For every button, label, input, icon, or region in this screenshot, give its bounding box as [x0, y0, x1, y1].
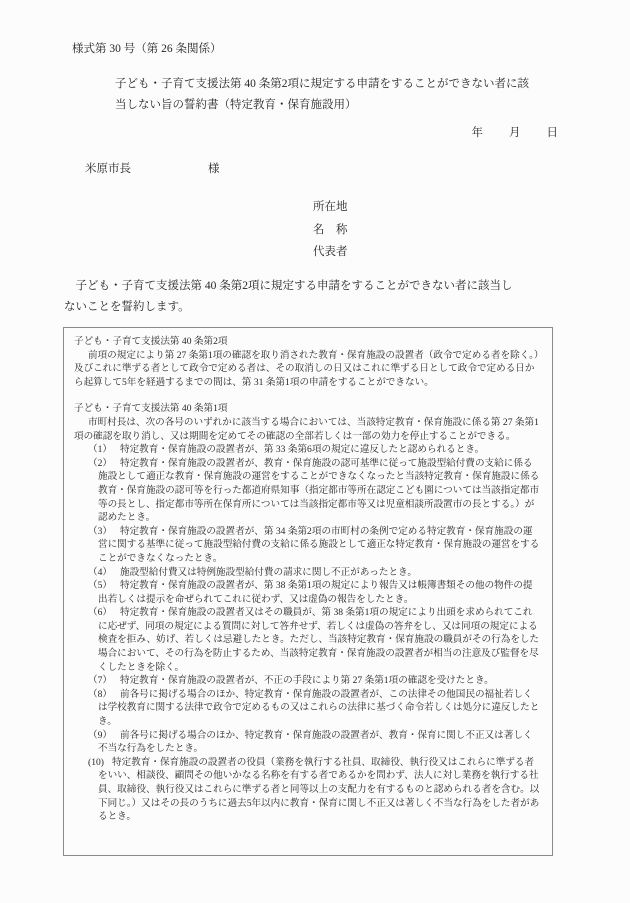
list-item: （4）施設型給付費又は特例施設型給付費の請求に関し不正があったとき。 — [74, 566, 542, 580]
list-item-number: （9） — [88, 730, 112, 741]
list-item-text: 特定教育・保育施設の設置者が、第 33 条第6項の規定に違反したと認められるとき… — [120, 444, 484, 455]
sender-block: 所在地 名 称 代表者 — [313, 196, 348, 264]
addressee-line: 米原市長様 — [85, 160, 220, 176]
list-item-text: 特定教育・保育施設の設置者が、第 34 条第2項の市町村の条例で定める特定教育・… — [98, 526, 539, 564]
list-item-number: (10) — [88, 757, 104, 768]
law-reference-box: 子ども・子育て支援法第 40 条第2項 前項の規定により第 27 条第1項の確認… — [63, 327, 553, 856]
list-item-text: 特定教育・保育施設の設置者又はその職員が、第 38 条第1項の規定により出頭を求… — [98, 607, 539, 672]
document-title-line1: 子ども・子育て支援法第 40 条第2項に規定する申請をすることができない者に該 — [115, 74, 555, 95]
law-section1-body: 前項の規定により第 27 条第1項の確認を取り消された教育・保育施設の設置者（政… — [74, 349, 542, 390]
list-item-text: 前各号に掲げる場合のほか、特定教育・保育施設の設置者が、この法律その他国民の福祉… — [98, 689, 539, 727]
document-title: 子ども・子育て支援法第 40 条第2項に規定する申請をすることができない者に該 … — [115, 74, 555, 116]
addressee-honorific: 様 — [208, 163, 220, 175]
list-item-number: （3） — [88, 526, 112, 537]
list-item-number: （1） — [88, 444, 112, 455]
list-item: （3）特定教育・保育施設の設置者が、第 34 条第2項の市町村の条例で定める特定… — [74, 525, 542, 566]
list-item-text: 特定教育・保育施設の設置者が、第 38 条第1項の規定により報告又は帳簿書類その… — [98, 580, 533, 605]
date-month-label: 月 — [509, 127, 521, 139]
pledge-line1: 子ども・子育て支援法第 40 条第2項に規定する申請をすることができない者に該当… — [64, 276, 566, 297]
addressee-name: 米原市長 — [85, 163, 131, 175]
sender-representative-label: 代表者 — [313, 241, 348, 264]
list-item: （1）特定教育・保育施設の設置者が、第 33 条第6項の規定に違反したと認められ… — [74, 443, 542, 457]
document-title-line2: 当しない旨の誓約書（特定教育・保育施設用） — [115, 95, 555, 116]
list-item-number: （6） — [88, 607, 112, 618]
list-item: （5）特定教育・保育施設の設置者が、第 38 条第1項の規定により報告又は帳簿書… — [74, 579, 542, 606]
law-section2-body: 市町村長は、次の各号のいずれかに該当する場合においては、当該特定教育・保育施設に… — [74, 416, 542, 443]
date-line: 年月日 — [472, 124, 559, 140]
list-item: （7）特定教育・保育施設の設置者が、不正の手段により第 27 条第1項の確認を受… — [74, 674, 542, 688]
list-item: （2）特定教育・保育施設の設置者が、教育・保育施設の認可基準に従って施設型給付費… — [74, 457, 542, 525]
sender-location-label: 所在地 — [313, 196, 348, 219]
pledge-line2: ないことを誓約します。 — [64, 297, 566, 318]
document-page: 様式第 30 号（第 26 条関係） 子ども・子育て支援法第 40 条第2項に規… — [0, 0, 630, 903]
pledge-paragraph: 子ども・子育て支援法第 40 条第2項に規定する申請をすることができない者に該当… — [64, 276, 566, 318]
list-item: (10)特定教育・保育施設の設置者の役員（業務を執行する社員、取締役、執行役又は… — [74, 756, 542, 824]
date-year-label: 年 — [472, 127, 484, 139]
list-item-text: 特定教育・保育施設の設置者の役員（業務を執行する社員、取締役、執行役又はこれらに… — [98, 757, 539, 822]
form-number: 様式第 30 号（第 26 条関係） — [72, 40, 222, 56]
list-item-text: 特定教育・保育施設の設置者が、教育・保育施設の認可基準に従って施設型給付費の支給… — [98, 458, 539, 523]
list-item: （6）特定教育・保育施設の設置者又はその職員が、第 38 条第1項の規定により出… — [74, 606, 542, 674]
list-item-number: （5） — [88, 580, 112, 591]
list-item: （9）前各号に掲げる場合のほか、特定教育・保育施設の設置者が、教育・保育に関し不… — [74, 729, 542, 756]
list-item-number: （2） — [88, 458, 112, 469]
list-item-number: （8） — [88, 689, 112, 700]
law-section1-heading: 子ども・子育て支援法第 40 条第2項 — [74, 335, 542, 349]
list-item: （8）前各号に掲げる場合のほか、特定教育・保育施設の設置者が、この法律その他国民… — [74, 688, 542, 729]
law-section-article40-1: 子ども・子育て支援法第 40 条第1項 市町村長は、次の各号のいずれかに該当する… — [74, 402, 542, 823]
list-item-number: （4） — [88, 567, 112, 578]
law-section-article40-2: 子ども・子育て支援法第 40 条第2項 前項の規定により第 27 条第1項の確認… — [74, 335, 542, 389]
date-day-label: 日 — [547, 127, 559, 139]
sender-name-label: 名 称 — [313, 219, 348, 242]
law-section2-heading: 子ども・子育て支援法第 40 条第1項 — [74, 402, 542, 416]
list-item-text: 前各号に掲げる場合のほか、特定教育・保育施設の設置者が、教育・保育に関し不正又は… — [98, 730, 533, 755]
list-item-text: 施設型給付費又は特例施設型給付費の請求に関し不正があったとき。 — [120, 567, 417, 578]
list-item-text: 特定教育・保育施設の設置者が、不正の手段により第 27 条第1項の確認を受けたと… — [120, 675, 494, 686]
list-item-number: （7） — [88, 675, 112, 686]
